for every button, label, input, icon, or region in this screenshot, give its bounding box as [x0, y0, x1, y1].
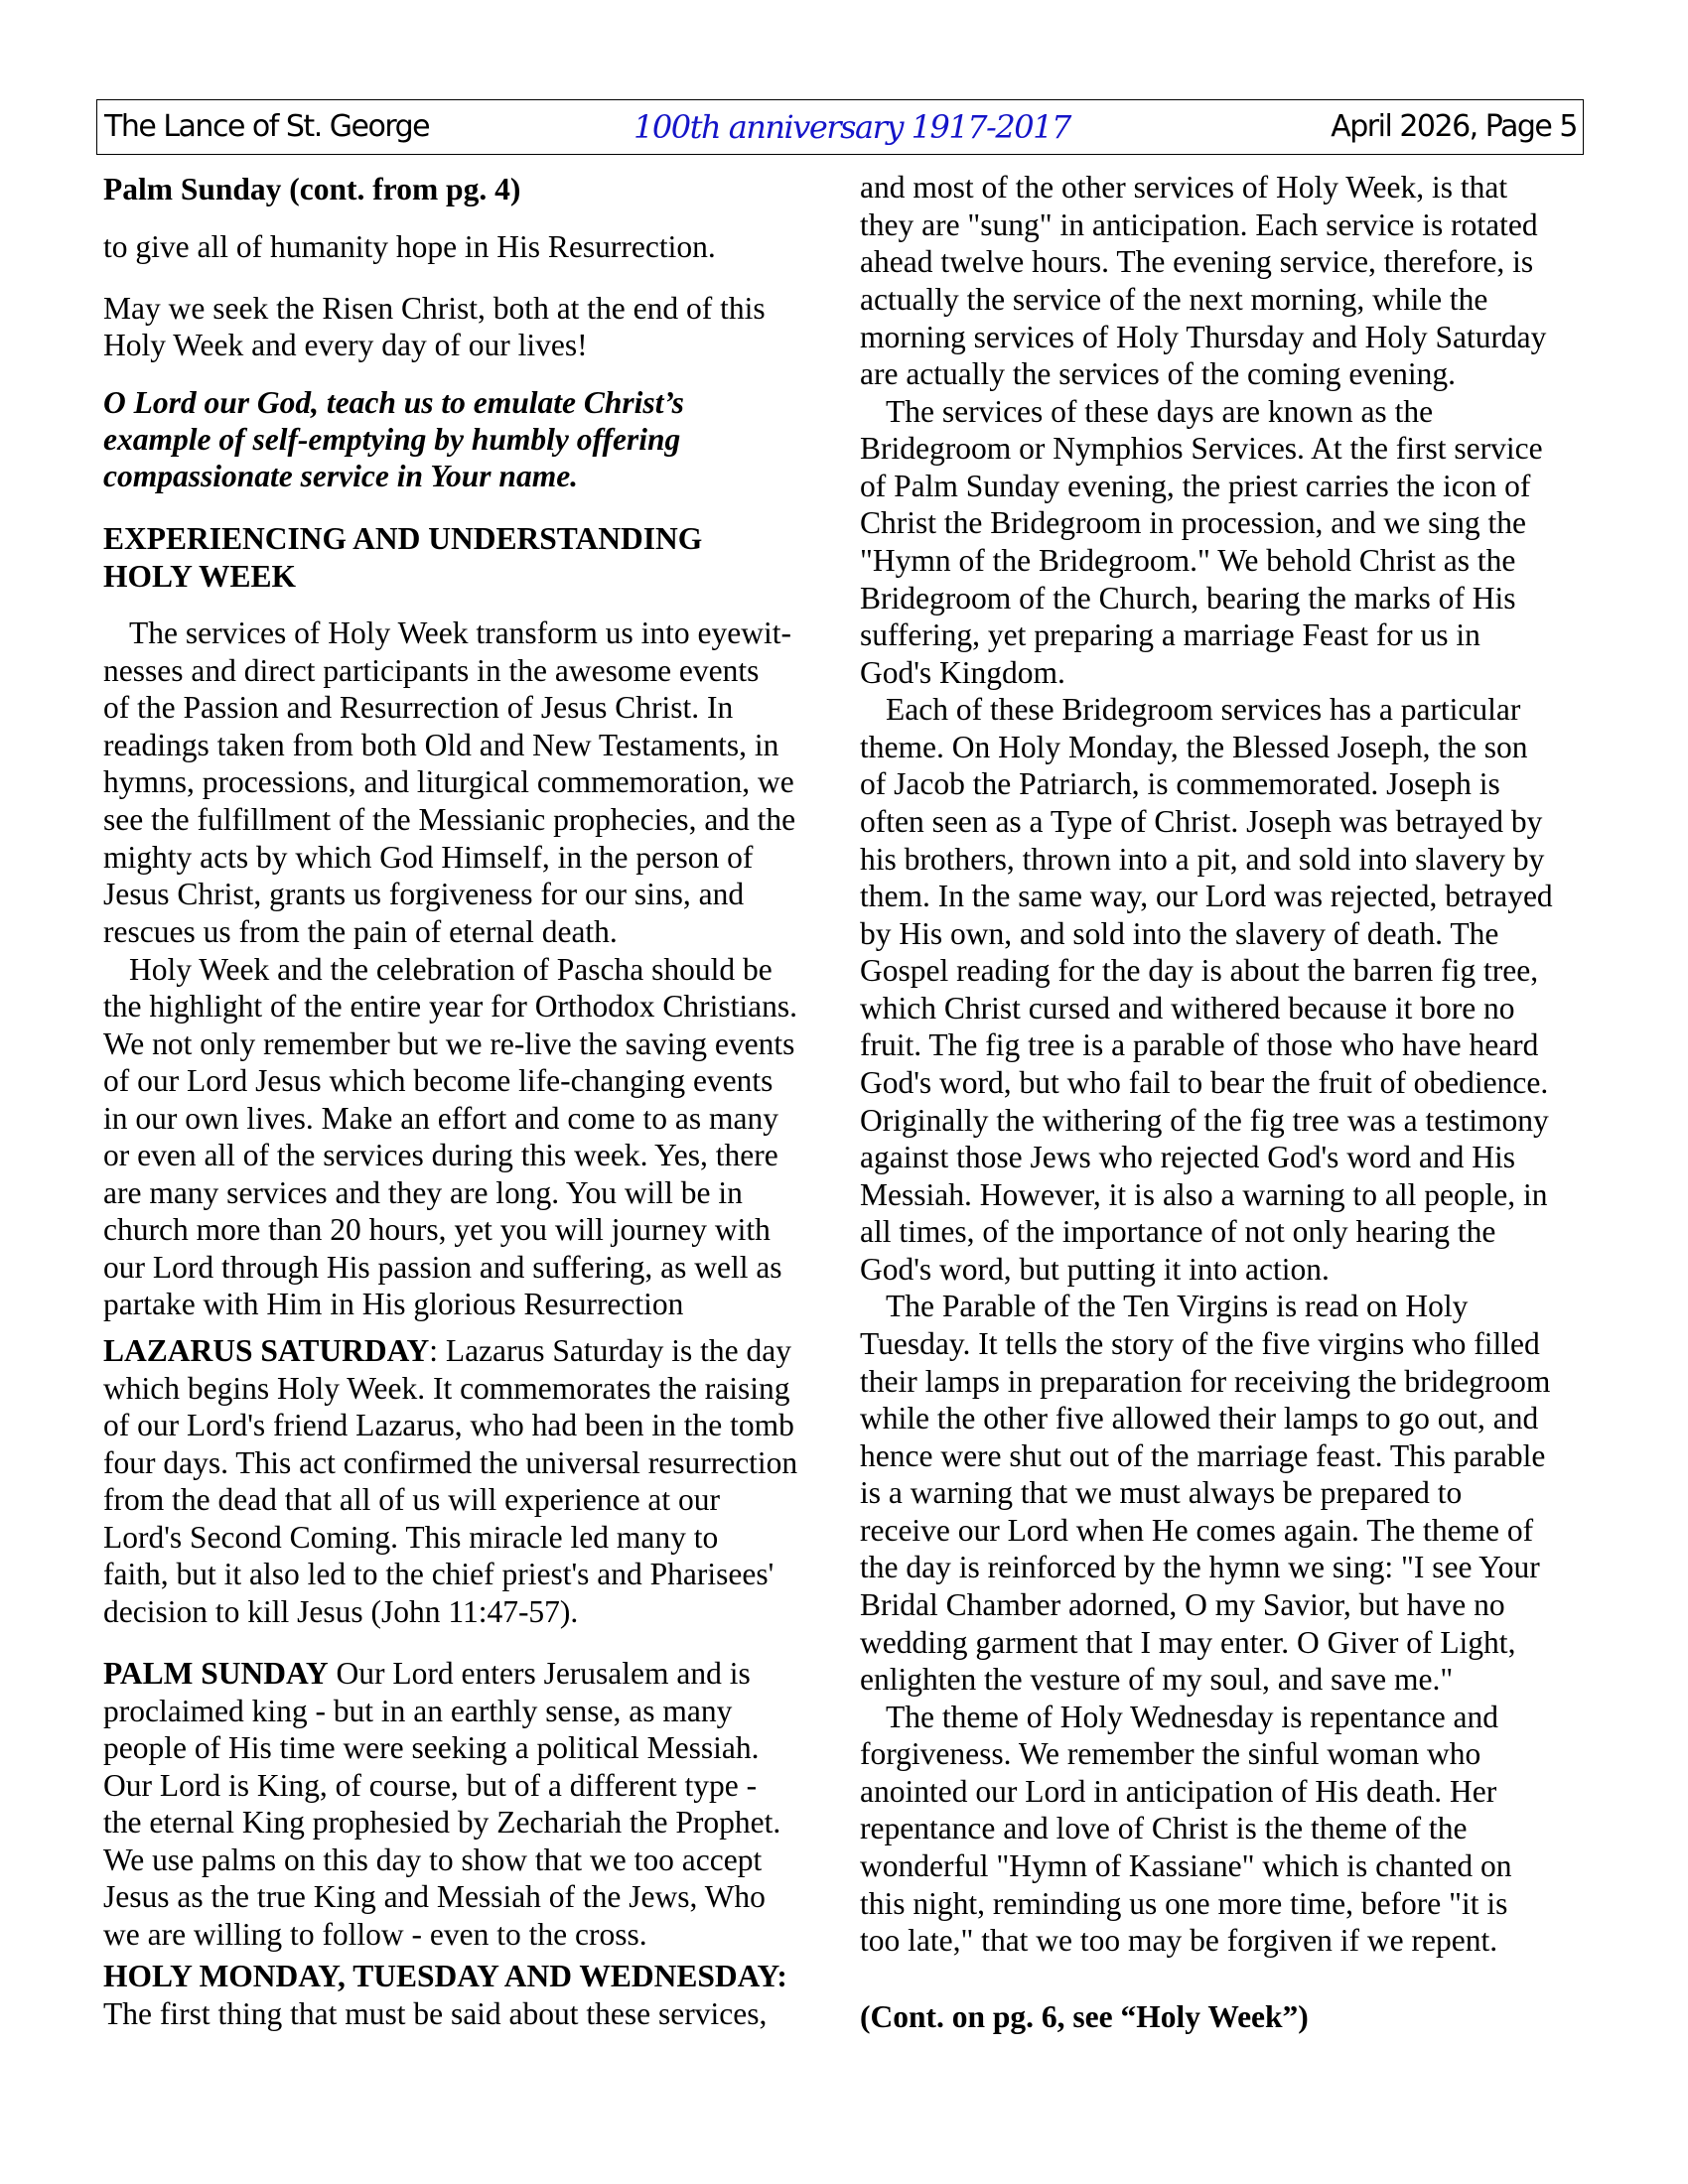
- text-line: of the Passion and Resurrection of Jesus…: [103, 689, 733, 727]
- text-line: Lord's Second Coming. This miracle led m…: [103, 1519, 718, 1557]
- text-line: of Palm Sunday evening, the priest carri…: [860, 468, 1530, 505]
- anniversary-banner: 100th anniversary 1917-2017: [633, 108, 1070, 146]
- text-line: The first thing that must be said about …: [103, 1995, 767, 2033]
- text-line: God's word, but putting it into action.: [860, 1251, 1330, 1289]
- text-line: partake with Him in His glorious Resurre…: [103, 1286, 683, 1323]
- text-line: see the fulfillment of the Messianic pro…: [103, 801, 795, 839]
- text-line: too late," that we too may be forgiven i…: [860, 1922, 1497, 1960]
- text-line: God's word, but who fail to bear the fru…: [860, 1064, 1548, 1102]
- text-line: or even all of the services during this …: [103, 1137, 778, 1174]
- text-line: Originally the withering of the fig tree…: [860, 1102, 1549, 1140]
- text-line: Our Lord is King, of course, but of a di…: [103, 1767, 757, 1805]
- text-line: nesses and direct participants in the aw…: [103, 652, 759, 690]
- text-line: against those Jews who rejected God's wo…: [860, 1139, 1515, 1176]
- text-line: Bridegroom of the Church, bearing the ma…: [860, 580, 1515, 617]
- text-line: The theme of Holy Wednesday is repentanc…: [860, 1699, 1498, 1736]
- palm-sunday-label: PALM SUNDAY: [103, 1656, 329, 1691]
- lazarus-saturday-label: LAZARUS SATURDAY: [103, 1333, 429, 1368]
- text-line: Christ the Bridegroom in procession, and…: [860, 504, 1526, 542]
- text-line: faith, but it also led to the chief prie…: [103, 1556, 774, 1593]
- text-line: his brothers, thrown into a pit, and sol…: [860, 841, 1544, 879]
- text-line: and most of the other services of Holy W…: [860, 169, 1507, 206]
- text-line: We use palms on this day to show that we…: [103, 1842, 762, 1879]
- text-line: hymns, processions, and liturgical comme…: [103, 763, 794, 801]
- text-line: four days. This act confirmed the univer…: [103, 1444, 797, 1482]
- intro-line: to give all of humanity hope in His Resu…: [103, 228, 716, 266]
- text-line: of our Lord's friend Lazarus, who had be…: [103, 1407, 794, 1444]
- continuation-note: (Cont. on pg. 6, see “Holy Week”): [860, 1998, 1309, 2036]
- text-line: readings taken from both Old and New Tes…: [103, 727, 778, 764]
- text-line: by His own, and sold into the slavery of…: [860, 915, 1498, 953]
- text-line: our Lord through His passion and sufferi…: [103, 1249, 782, 1287]
- text-line: fruit. The fig tree is a parable of thos…: [860, 1026, 1538, 1064]
- text-line: repentance and love of Christ is the the…: [860, 1810, 1467, 1847]
- text-line: Gospel reading for the day is about the …: [860, 952, 1538, 990]
- text-line: Jesus Christ, grants us forgiveness for …: [103, 876, 744, 913]
- text-line: anointed our Lord in anticipation of His…: [860, 1773, 1496, 1811]
- holy-mon-tue-wed-label: HOLY MONDAY, TUESDAY AND WEDNESDAY:: [103, 1958, 787, 1995]
- text-line: Jesus as the true King and Messiah of th…: [103, 1878, 766, 1916]
- text-line: are actually the services of the coming …: [860, 355, 1456, 393]
- text-line: mighty acts by which God Himself, in the…: [103, 839, 753, 877]
- text-line: example of self-emptying by humbly offer…: [103, 421, 680, 459]
- text-line: this night, reminding us one more time, …: [860, 1885, 1507, 1923]
- text-line: Tuesday. It tells the story of the five …: [860, 1325, 1540, 1363]
- text-line: PALM SUNDAY Our Lord enters Jerusalem an…: [103, 1655, 751, 1693]
- text-line: The services of Holy Week transform us i…: [103, 614, 791, 652]
- text-line: are many services and they are long. You…: [103, 1174, 743, 1212]
- text-line: LAZARUS SATURDAY: Lazarus Saturday is th…: [103, 1332, 791, 1370]
- issue-date-page: April 2026, Page 5: [1331, 109, 1577, 145]
- page-header: The Lance of St. George 100th anniversar…: [96, 99, 1584, 155]
- text-line: is a warning that we must always be prep…: [860, 1474, 1462, 1512]
- text-line: proclaimed king - but in an earthly sens…: [103, 1693, 732, 1730]
- text-line: church more than 20 hours, yet you will …: [103, 1211, 771, 1249]
- heading-line: HOLY WEEK: [103, 558, 296, 596]
- text-line: Each of these Bridegroom services has a …: [860, 691, 1520, 729]
- text-line: all times, of the importance of not only…: [860, 1213, 1495, 1251]
- text-line: of our Lord Jesus which become life-chan…: [103, 1062, 773, 1100]
- text-line: in our own lives. Make an effort and com…: [103, 1100, 778, 1138]
- text-line: actually the service of the next morning…: [860, 281, 1487, 319]
- text-line: The services of these days are known as …: [860, 393, 1433, 431]
- text-span: Our Lord enters Jerusalem and is: [329, 1656, 751, 1691]
- text-line: We not only remember but we re-live the …: [103, 1025, 794, 1063]
- text-span: : Lazarus Saturday is the day: [429, 1333, 791, 1368]
- text-line: the eternal King prophesied by Zechariah…: [103, 1804, 780, 1842]
- text-line: Bridal Chamber adorned, O my Savior, but…: [860, 1586, 1505, 1624]
- text-line: the day is reinforced by the hymn we sin…: [860, 1549, 1540, 1586]
- text-line: ahead twelve hours. The evening service,…: [860, 243, 1533, 281]
- text-line: suffering, yet preparing a marriage Feas…: [860, 616, 1480, 654]
- text-line: their lamps in preparation for receiving…: [860, 1363, 1550, 1401]
- newsletter-page: The Lance of St. George 100th anniversar…: [0, 0, 1688, 2184]
- text-line: of Jacob the Patriarch, is commemorated.…: [860, 765, 1500, 803]
- text-line: decision to kill Jesus (John 11:47-57).: [103, 1593, 578, 1631]
- text-line: forgiveness. We remember the sinful woma…: [860, 1735, 1480, 1773]
- text-line: which Christ cursed and withered because…: [860, 990, 1515, 1027]
- text-line: "Hymn of the Bridegroom." We behold Chri…: [860, 542, 1515, 580]
- text-line: morning services of Holy Thursday and Ho…: [860, 319, 1546, 356]
- text-line: which begins Holy Week. It commemorates …: [103, 1370, 789, 1408]
- text-line: Bridegroom or Nymphios Services. At the …: [860, 430, 1543, 468]
- text-line: enlighten the vesture of my soul, and sa…: [860, 1661, 1453, 1699]
- text-line: often seen as a Type of Christ. Joseph w…: [860, 803, 1542, 841]
- text-line: receive our Lord when He comes again. Th…: [860, 1512, 1533, 1550]
- text-line: we are willing to follow - even to the c…: [103, 1916, 647, 1954]
- text-line: them. In the same way, our Lord was reje…: [860, 878, 1553, 915]
- text-line: O Lord our God, teach us to emulate Chri…: [103, 384, 684, 422]
- continued-heading: Palm Sunday (cont. from pg. 4): [103, 171, 520, 208]
- text-line: compassionate service in Your name.: [103, 458, 578, 495]
- text-line: from the dead that all of us will experi…: [103, 1481, 720, 1519]
- text-line: while the other five allowed their lamps…: [860, 1400, 1538, 1437]
- text-line: rescues us from the pain of eternal deat…: [103, 913, 618, 951]
- text-line: Holy Week and the celebration of Pascha …: [103, 951, 773, 989]
- text-line: May we seek the Risen Christ, both at th…: [103, 290, 766, 328]
- publication-title: The Lance of St. George: [104, 109, 429, 145]
- text-line: Messiah. However, it is also a warning t…: [860, 1176, 1547, 1214]
- text-line: wedding garment that I may enter. O Give…: [860, 1624, 1515, 1662]
- text-line: theme. On Holy Monday, the Blessed Josep…: [860, 729, 1528, 766]
- text-line: God's Kingdom.: [860, 654, 1065, 692]
- text-line: the highlight of the entire year for Ort…: [103, 988, 797, 1025]
- text-line: The Parable of the Ten Virgins is read o…: [860, 1288, 1468, 1325]
- text-line: wonderful "Hymn of Kassiane" which is ch…: [860, 1847, 1511, 1885]
- text-line: hence were shut out of the marriage feas…: [860, 1437, 1545, 1475]
- heading-line: EXPERIENCING AND UNDERSTANDING: [103, 520, 702, 558]
- text-line: people of His time were seeking a politi…: [103, 1729, 759, 1767]
- text-line: Holy Week and every day of our lives!: [103, 327, 588, 364]
- text-line: they are "sung" in anticipation. Each se…: [860, 206, 1538, 244]
